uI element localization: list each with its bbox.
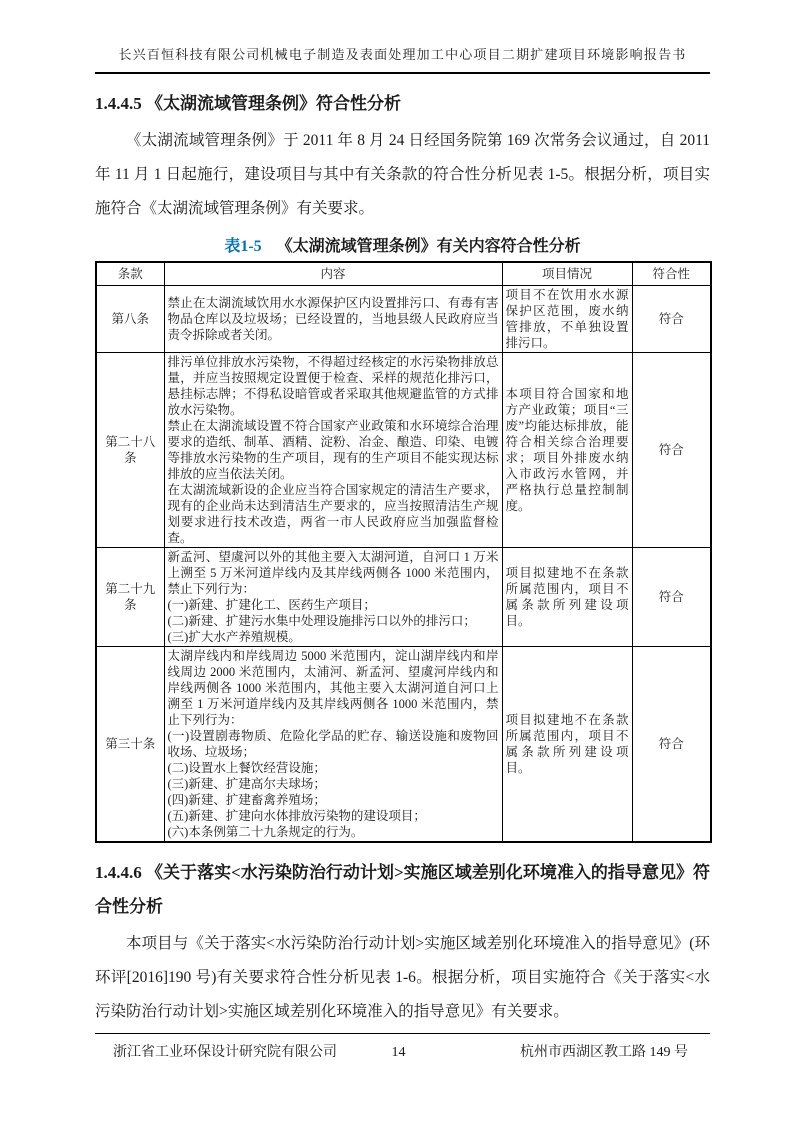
table-row: 第二十九条 新孟河、望虞河以外的其他主要入太湖河道，自河口 1 万米上溯至 5 …: [96, 547, 711, 646]
table-row: 第三十条 太湖岸线内和岸线周边 5000 米范围内，淀山湖岸线内和岸线周边 20…: [96, 646, 711, 842]
cell-clause: 第八条: [96, 285, 164, 352]
footer-organization: 浙江省工业环保设计研究院有限公司: [113, 1041, 337, 1061]
cell-content: 排污单位排放水污染物，不得超过经核定的水污染物排放总量，并应当按照规定设置便于检…: [164, 352, 502, 547]
section-1446-heading: 1.4.4.6 《关于落实<水污染防治行动计划>实施区域差别化环境准入的指导意见…: [95, 856, 710, 924]
table-caption-title: 《太湖流域管理条例》有关内容符合性分析: [277, 238, 581, 255]
cell-content: 禁止在太湖流域饮用水水源保护区内设置排污口、有毒有害物品仓库以及垃圾场；已经设置…: [164, 285, 502, 352]
page-footer: 浙江省工业环保设计研究院有限公司 14 杭州市西湖区教工路 149 号: [95, 1033, 710, 1061]
cell-clause: 第二十八条: [96, 352, 164, 547]
compliance-table: 条款 内容 项目情况 符合性 第八条 禁止在太湖流域饮用水水源保护区内设置排污口…: [95, 261, 712, 843]
column-header-clause: 条款: [96, 262, 164, 285]
section-1445-heading: 1.4.4.5 《太湖流域管理条例》符合性分析: [95, 87, 710, 121]
section-1446-paragraph: 本项目与《关于落实<水污染防治行动计划>实施区域差别化环境准入的指导意见》(环环…: [95, 927, 710, 1029]
cell-compliance: 符合: [632, 547, 711, 646]
cell-situation: 项目拟建地不在条款所属范围内，项目不属条款所列建设项目。: [502, 646, 632, 842]
footer-row: 浙江省工业环保设计研究院有限公司 14 杭州市西湖区教工路 149 号: [95, 1041, 710, 1061]
cell-content: 新孟河、望虞河以外的其他主要入太湖河道，自河口 1 万米上溯至 5 万米河道岸线…: [164, 547, 502, 646]
cell-compliance: 符合: [632, 352, 711, 547]
column-header-situation: 项目情况: [502, 262, 632, 285]
footer-rule: [95, 1033, 710, 1034]
table-header-row: 条款 内容 项目情况 符合性: [96, 262, 711, 285]
cell-content: 太湖岸线内和岸线周边 5000 米范围内，淀山湖岸线内和岸线周边 2000 米范…: [164, 646, 502, 842]
table-caption-label: 表1-5: [224, 238, 261, 255]
cell-clause: 第三十条: [96, 646, 164, 842]
document-page: 长兴百恒科技有限公司机械电子制造及表面处理加工中心项目二期扩建项目环境影响报告书…: [0, 0, 800, 1131]
cell-compliance: 符合: [632, 646, 711, 842]
table-row: 第八条 禁止在太湖流域饮用水水源保护区内设置排污口、有毒有害物品仓库以及垃圾场；…: [96, 285, 711, 352]
cell-clause: 第二十九条: [96, 547, 164, 646]
footer-page-number: 14: [392, 1045, 406, 1061]
section-1445-paragraph: 《太湖流域管理条例》于 2011 年 8 月 24 日经国务院第 169 次常务…: [95, 124, 710, 226]
table-caption: 表1-5《太湖流域管理条例》有关内容符合性分析: [95, 233, 710, 256]
cell-situation: 项目拟建地不在条款所属范围内，项目不属条款所列建设项目。: [502, 547, 632, 646]
cell-situation: 本项目符合国家和地方产业政策；项目“三废”均能达标排放，能符合相关综合治理要求；…: [502, 352, 632, 547]
header-rule: [95, 72, 710, 74]
cell-compliance: 符合: [632, 285, 711, 352]
column-header-content: 内容: [164, 262, 502, 285]
column-header-compliance: 符合性: [632, 262, 711, 285]
table-row: 第二十八条 排污单位排放水污染物，不得超过经核定的水污染物排放总量，并应当按照规…: [96, 352, 711, 547]
page-content: 长兴百恒科技有限公司机械电子制造及表面处理加工中心项目二期扩建项目环境影响报告书…: [95, 44, 710, 1029]
cell-situation: 项目不在饮用水水源保护区范围，废水纳管排放，不单独设置排污口。: [502, 285, 632, 352]
footer-address: 杭州市西湖区教工路 149 号: [520, 1041, 688, 1061]
page-header-title: 长兴百恒科技有限公司机械电子制造及表面处理加工中心项目二期扩建项目环境影响报告书: [95, 44, 710, 63]
